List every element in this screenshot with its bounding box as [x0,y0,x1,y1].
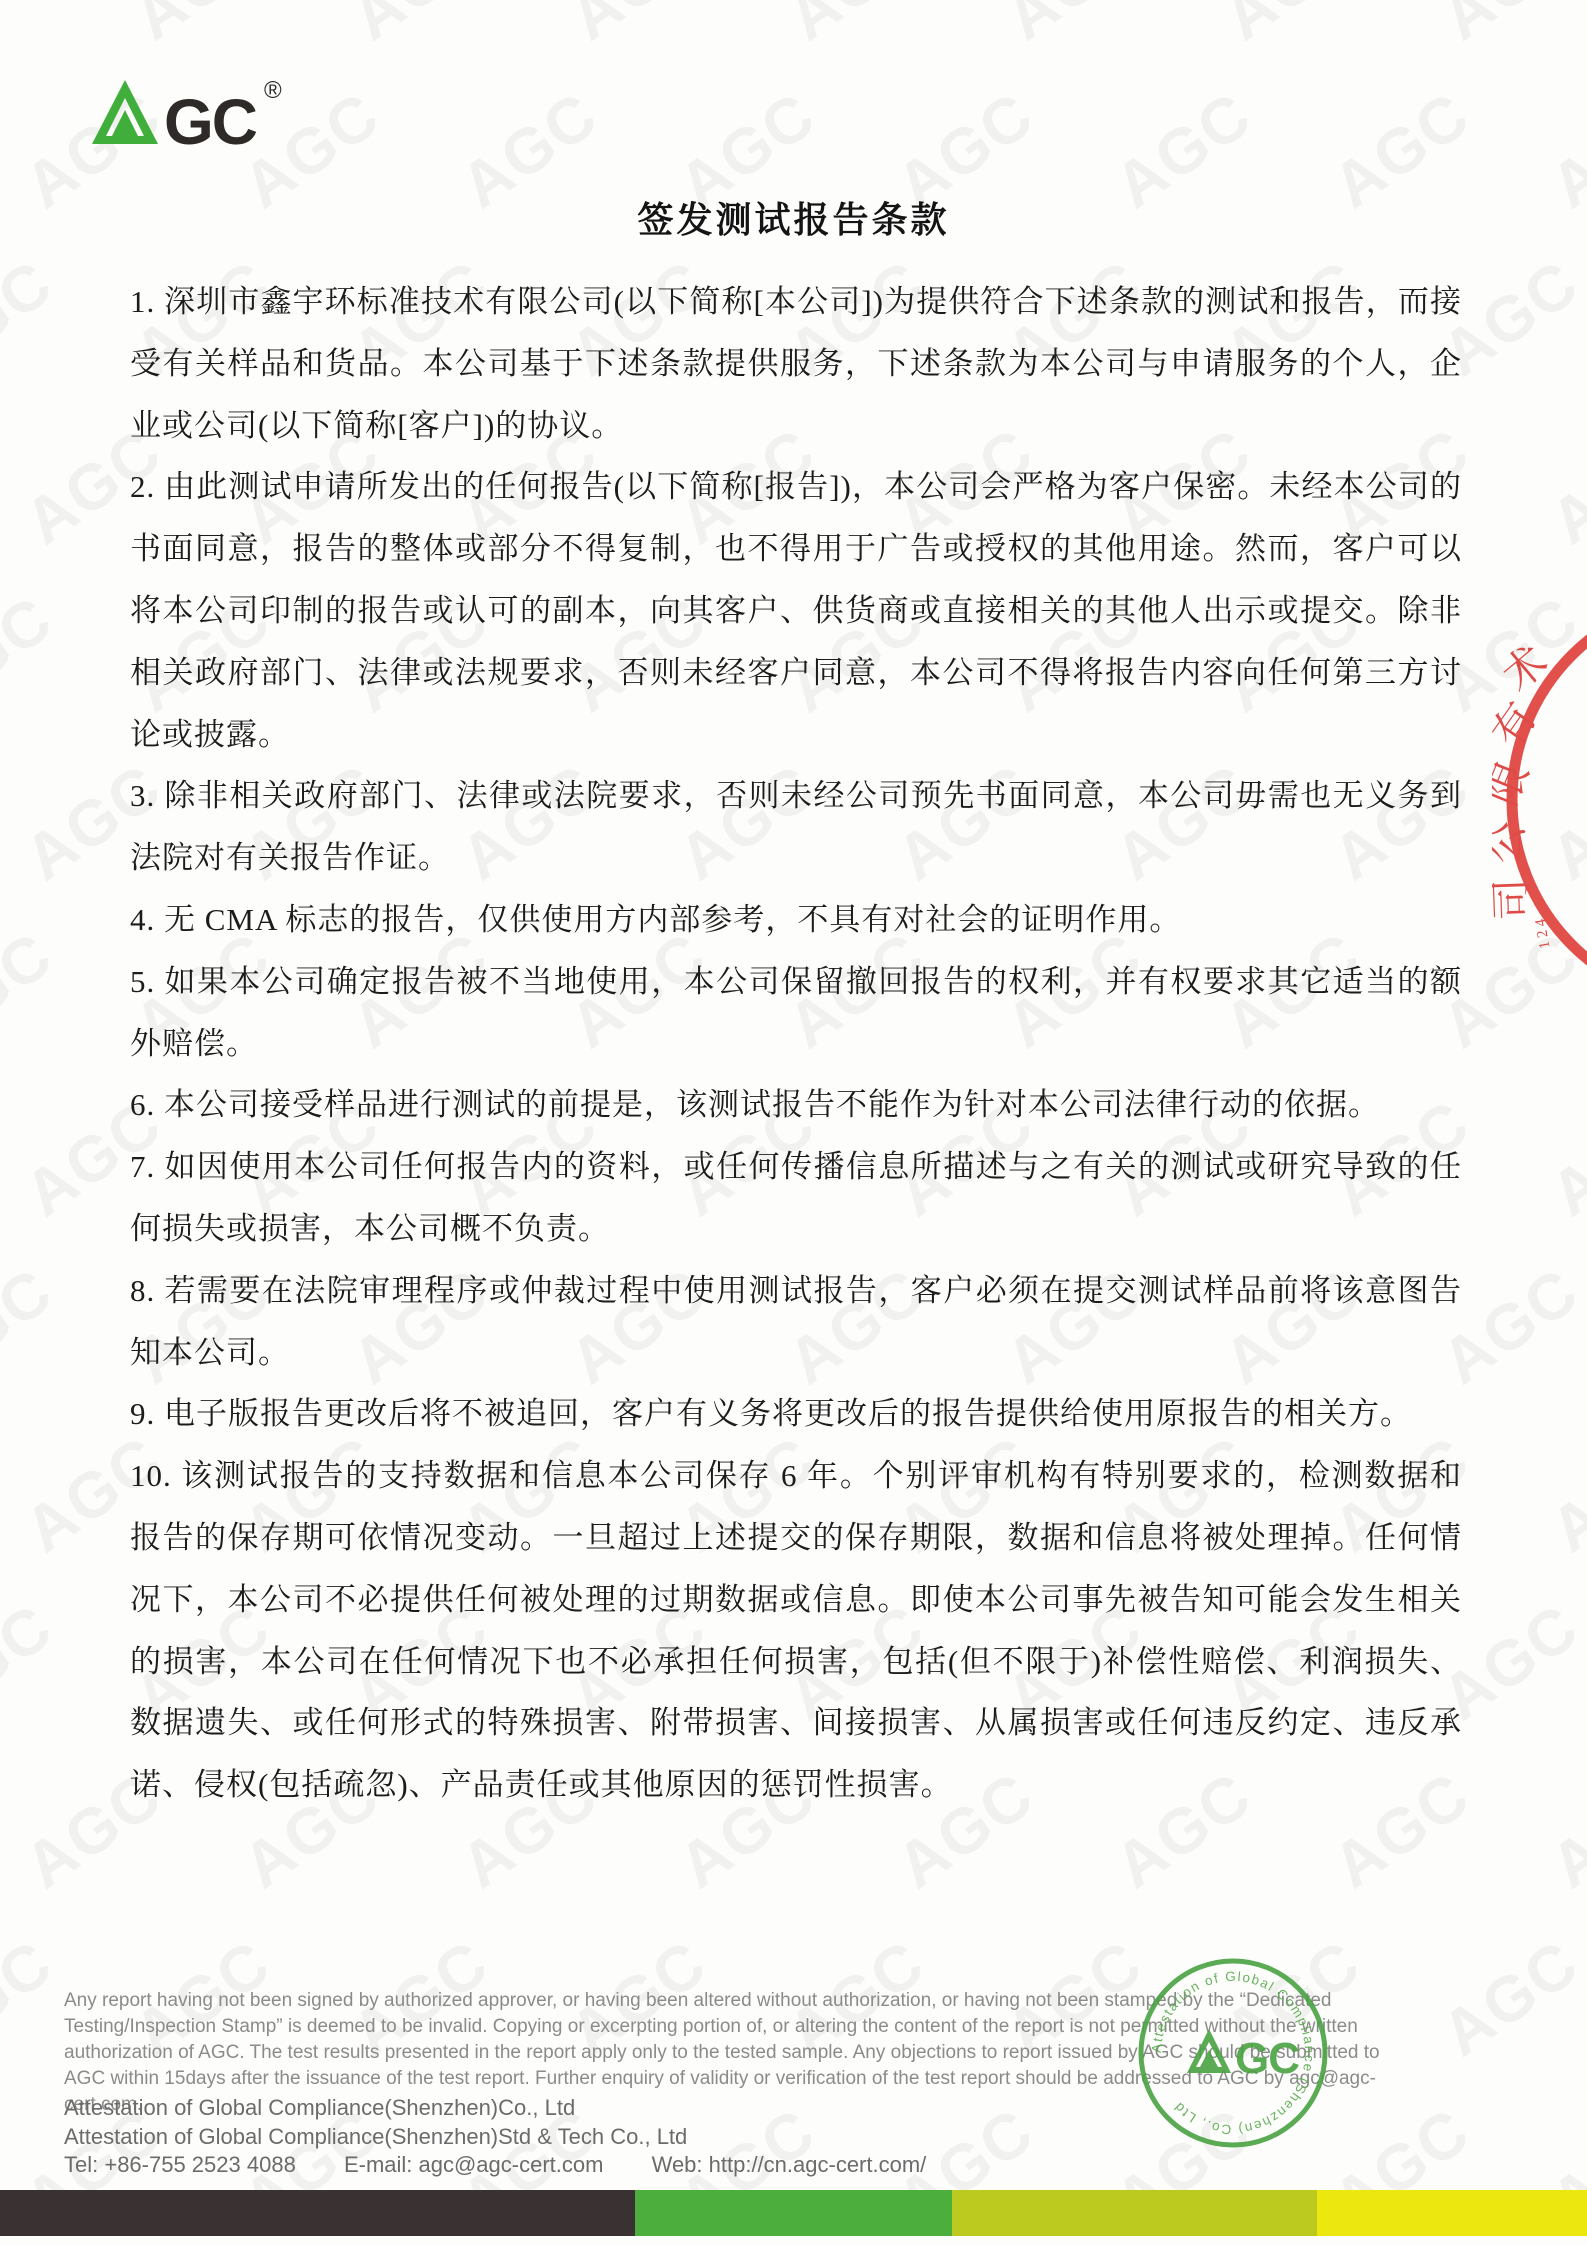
agc-logo: GC ® [92,74,302,156]
term-paragraph-5: 5. 如果本公司确定报告被不当地使用，本公司保留撤回报告的权利，并有权要求其它适… [130,951,1462,1075]
term-paragraph-9: 9. 电子版报告更改后将不被追回，客户有义务将更改后的报告提供给使用原报告的相关… [130,1383,1462,1445]
bottom-bar-segment [952,2190,1317,2236]
red-seal-char: 公 [1492,818,1533,867]
green-stamp-agc-logo: GC [1187,2029,1299,2083]
agc-watermark-text: AGC [1210,0,1374,55]
term-paragraph-10: 10. 该测试报告的支持数据和信息本公司保存 6 年。个别评审机构有特别要求的，… [130,1445,1462,1816]
agc-watermark-text: AGC [0,1925,66,2071]
agc-watermark-text: AGC [0,1253,66,1399]
report-terms-page: AGCAGCAGCAGCAGCAGCAGCAGCAGCAGCAGCAGCAGCA… [0,0,1587,2245]
agc-logo-text: GC [164,86,257,156]
bottom-bar-segment [635,2190,952,2236]
agc-watermark-text: AGC [0,917,66,1063]
term-paragraph-8: 8. 若需要在法院审理程序或仲裁过程中使用测试报告，客户必须在提交测试样品前将该… [130,1260,1462,1384]
bottom-bar-segment [1317,2190,1587,2236]
agc-watermark-text: AGC [0,245,66,391]
bottom-bar-segment [0,2190,635,2236]
term-paragraph-7: 7. 如因使用本公司任何报告内的资料，或任何传播信息所描述与之有关的测试或研究导… [130,1136,1462,1260]
agc-watermark-text: AGC [1537,413,1587,559]
agc-watermark-text: AGC [0,0,66,55]
agc-watermark-text: AGC [556,0,720,55]
term-paragraph-4: 4. 无 CMA 标志的报告，仅供使用方内部参考，不具有对社会的证明作用。 [130,889,1462,951]
footer-company-block: Attestation of Global Compliance(Shenzhe… [64,2094,968,2180]
website-url: Web: http://cn.agc-cert.com/ [652,2152,927,2177]
agc-watermark-text: AGC [1428,0,1587,55]
agc-watermark-text: AGC [0,1589,66,1735]
agc-watermark-text: AGC [338,0,502,55]
red-seal-char: 司 [1492,878,1537,922]
agc-watermark-text: AGC [1537,1085,1587,1231]
red-seal-char: 限 [1492,756,1538,812]
green-agc-stamp: Attestation of Global Compliance (Shenzh… [1135,1955,1331,2151]
agc-watermark-text: AGC [992,0,1156,55]
phone-number: Tel: +86-755 2523 4088 [64,2152,296,2177]
term-paragraph-3: 3. 除非相关政府部门、法律或法院要求，否则未经公司预先书面同意，本公司毋需也无… [130,765,1462,889]
terms-body: 1. 深圳市鑫宇环标准技术有限公司(以下简称[本公司])为提供符合下述条款的测试… [130,271,1462,1816]
company-name-1: Attestation of Global Compliance(Shenzhe… [64,2094,968,2123]
contact-line: Tel: +86-755 2523 4088 E-mail: agc@agc-c… [64,2151,968,2180]
agc-watermark-text: AGC [0,581,66,727]
agc-watermark-text: AGC [1537,1421,1587,1567]
red-company-seal: 术 有 限 公 司 1 2 4 [1492,635,1587,965]
company-name-2: Attestation of Global Compliance(Shenzhe… [64,2123,968,2152]
green-stamp-logo-text: GC [1235,2034,1299,2083]
term-paragraph-6: 6. 本公司接受样品进行测试的前提是，该测试报告不能作为针对本公司法律行动的依据… [130,1074,1462,1136]
agc-watermark-text: AGC [120,0,284,55]
term-paragraph-2: 2. 由此测试申请所发出的任何报告(以下简称[报告])，本公司会严格为客户保密。… [130,456,1462,765]
email-address: E-mail: agc@agc-cert.com [344,2152,604,2177]
bottom-color-bar [0,2190,1587,2236]
agc-watermark-text: AGC [1428,1925,1587,2071]
agc-watermark-text: AGC [774,0,938,55]
page-title: 签发测试报告条款 [0,192,1587,243]
agc-watermark-text: AGC [1537,1757,1587,1903]
registered-trademark-icon: ® [264,77,282,104]
term-paragraph-1: 1. 深圳市鑫宇环标准技术有限公司(以下简称[本公司])为提供符合下述条款的测试… [130,271,1462,456]
